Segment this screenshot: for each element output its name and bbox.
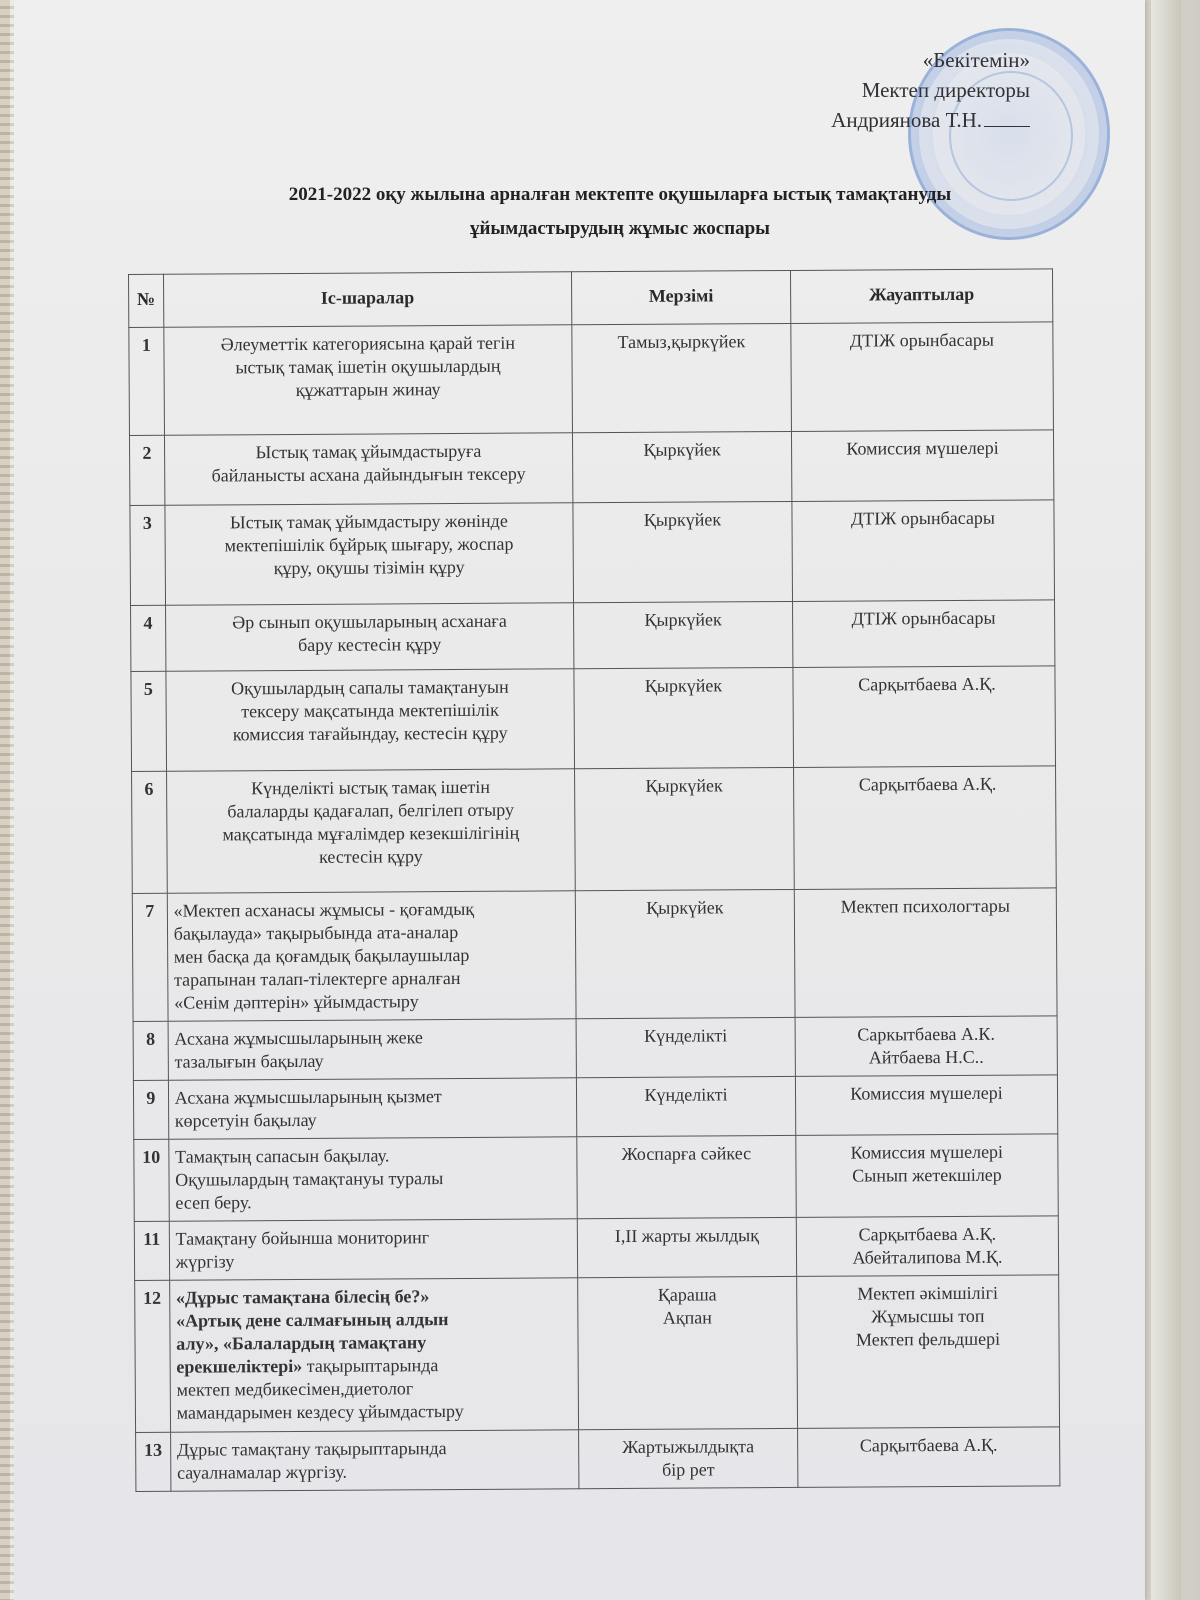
row-number: 6 [132,771,167,893]
responsible-cell: Сарқытбаева А.Қ. [793,766,1056,890]
binder-sleeve-edge [0,0,14,1600]
responsible-cell: Саркытбаева А.К.Айтбаева Н.С.. [795,1016,1057,1077]
activity-cell: Ыстық тамақ ұйымдастыруғабайланысты асха… [164,433,573,505]
deadline-cell: Қыркүйек [573,431,792,502]
row-number: 8 [133,1021,168,1080]
table-row: 11Тамақтану бойынша мониторингжүргізуI,I… [134,1216,1058,1281]
activity-cell: Асхана жұмысшыларының қызметкөрсетуін ба… [168,1078,577,1139]
deadline-cell: Қыркүйек [575,889,795,1018]
activity-cell: Тамақтың сапасын бақылау.Оқушылардың там… [169,1137,578,1221]
header-activities: Іс-шаралар [163,272,572,327]
deadline-cell: Күнделікті [576,1076,795,1136]
responsible-cell: ДТІЖ орынбасары [791,322,1054,432]
document-title: 2021-2022 оқу жылына арналған мектепте о… [160,178,1080,246]
table-row: 2Ыстық тамақ ұйымдастыруғабайланысты асх… [129,430,1053,506]
row-number: 12 [135,1280,171,1432]
row-number: 4 [131,605,166,671]
table-row: 8Асхана жұмысшыларының жекетазалығын бақ… [133,1016,1057,1081]
table-row: 7«Мектеп асханасы жұмысы - қоғамдықбақыл… [132,888,1057,1022]
table-row: 12«Дұрыс тамақтана білесің бе?»«Артық де… [135,1275,1060,1433]
deadline-cell: ҚарашаАқпан [578,1276,798,1429]
deadline-cell: Тамыз,қыркүйек [572,323,792,432]
responsible-cell: ДТІЖ орынбасары [792,500,1055,602]
approval-block: «Бекітемін» Мектеп директоры Андриянова … [831,45,1030,135]
responsible-cell: Сарқытбаева А.Қ. [797,1427,1059,1488]
table-row: 3Ыстық тамақ ұйымдастыру жөніндемектепіш… [130,500,1055,606]
row-number: 13 [136,1432,171,1491]
activity-cell: Күнделікті ыстық тамақ ішетінбалаларды қ… [166,769,575,893]
row-number: 9 [133,1080,168,1139]
approver-signature: Андриянова Т.Н. [831,105,1030,135]
row-number: 2 [129,435,164,505]
responsible-cell: Комиссия мүшелері [791,430,1054,502]
activity-cell: Ыстық тамақ ұйымдастыру жөніндемектепіші… [165,503,574,605]
row-number: 7 [132,893,168,1021]
activity-cell: «Мектеп асханасы жұмысы - қоғамдықбақыла… [167,891,576,1021]
responsible-cell: Мектеп психологтары [794,888,1057,1018]
table-row: 1Әлеуметтік категориясына қарай тегіныст… [129,322,1054,436]
row-number: 1 [129,327,164,435]
row-number: 10 [134,1139,169,1221]
row-number: 3 [130,505,165,605]
title-line-1: 2021-2022 оқу жылына арналған мектепте о… [160,178,1080,212]
approver-name: Андриянова Т.Н. [831,108,982,132]
activity-cell: Әр сынып оқушыларының асханағабару кесте… [165,603,574,671]
activity-cell: Дұрыс тамақтану тақырыптарындасауалнамал… [170,1430,579,1491]
title-line-2: ұйымдастырудың жұмыс жоспары [160,212,1080,246]
activity-cell: Асхана жұмысшыларының жекетазалығын бақы… [168,1019,577,1080]
activity-cell: Тамақтану бойынша мониторингжүргізу [169,1219,578,1280]
header-number: № [129,274,164,327]
deadline-cell: I,II жарты жылдық [577,1217,796,1277]
deadline-cell: Қыркүйек [575,767,795,890]
table-row: 4Әр сынып оқушыларының асханағабару кест… [131,600,1055,672]
table-row: 10Тамақтың сапасын бақылау.Оқушылардың т… [134,1134,1058,1222]
deadline-cell: Жартыжылдықтабір рет [579,1428,798,1488]
approve-label: «Бекітемін» [831,45,1030,75]
row-number: 11 [134,1221,169,1280]
row-number: 5 [131,671,166,771]
deadline-cell: Қыркүйек [574,667,793,768]
table-row: 5Оқушылардың сапалы тамақтануынтексеру м… [131,666,1056,772]
approver-position: Мектеп директоры [831,75,1030,105]
activity-cell: Әлеуметтік категориясына қарай тегінысты… [164,325,573,435]
deadline-cell: Күнделікті [576,1017,795,1077]
table-row: 13Дұрыс тамақтану тақырыптарындасауалнам… [136,1427,1060,1492]
responsible-cell: Комиссия мүшелеріСынып жетекшілер [796,1134,1059,1218]
signature-line [984,126,1030,127]
responsible-cell: Сарқытбаева А.Қ.Абейталипова М.Қ. [796,1216,1058,1277]
sheet-edge [1150,0,1181,1600]
deadline-cell: Қыркүйек [573,501,792,602]
deadline-cell: Жоспарға сәйкес [577,1135,796,1218]
responsible-cell: Мектеп әкімшілігіЖұмысшы топМектеп фельд… [797,1275,1060,1429]
work-plan-table: № Іс-шаралар Мерзімі Жауаптылар 1Әлеумет… [128,268,1060,1492]
activity-cell: Оқушылардың сапалы тамақтануынтексеру ма… [166,669,575,771]
responsible-cell: Комиссия мүшелері [795,1075,1057,1136]
header-deadline: Мерзімі [572,270,791,324]
document-page: «Бекітемін» Мектеп директоры Андриянова … [10,0,1145,1600]
table-header-row: № Іс-шаралар Мерзімі Жауаптылар [129,269,1053,328]
activity-cell: «Дұрыс тамақтана білесің бе?»«Артық дене… [169,1278,578,1432]
deadline-cell: Қыркүйек [574,601,793,668]
header-responsible: Жауаптылар [790,269,1052,324]
table-row: 9Асхана жұмысшыларының қызметкөрсетуін б… [133,1075,1057,1140]
table-row: 6Күнделікті ыстық тамақ ішетінбалаларды … [132,766,1057,894]
responsible-cell: Сарқытбаева А.Қ. [793,666,1056,768]
responsible-cell: ДТІЖ орынбасары [792,600,1054,668]
